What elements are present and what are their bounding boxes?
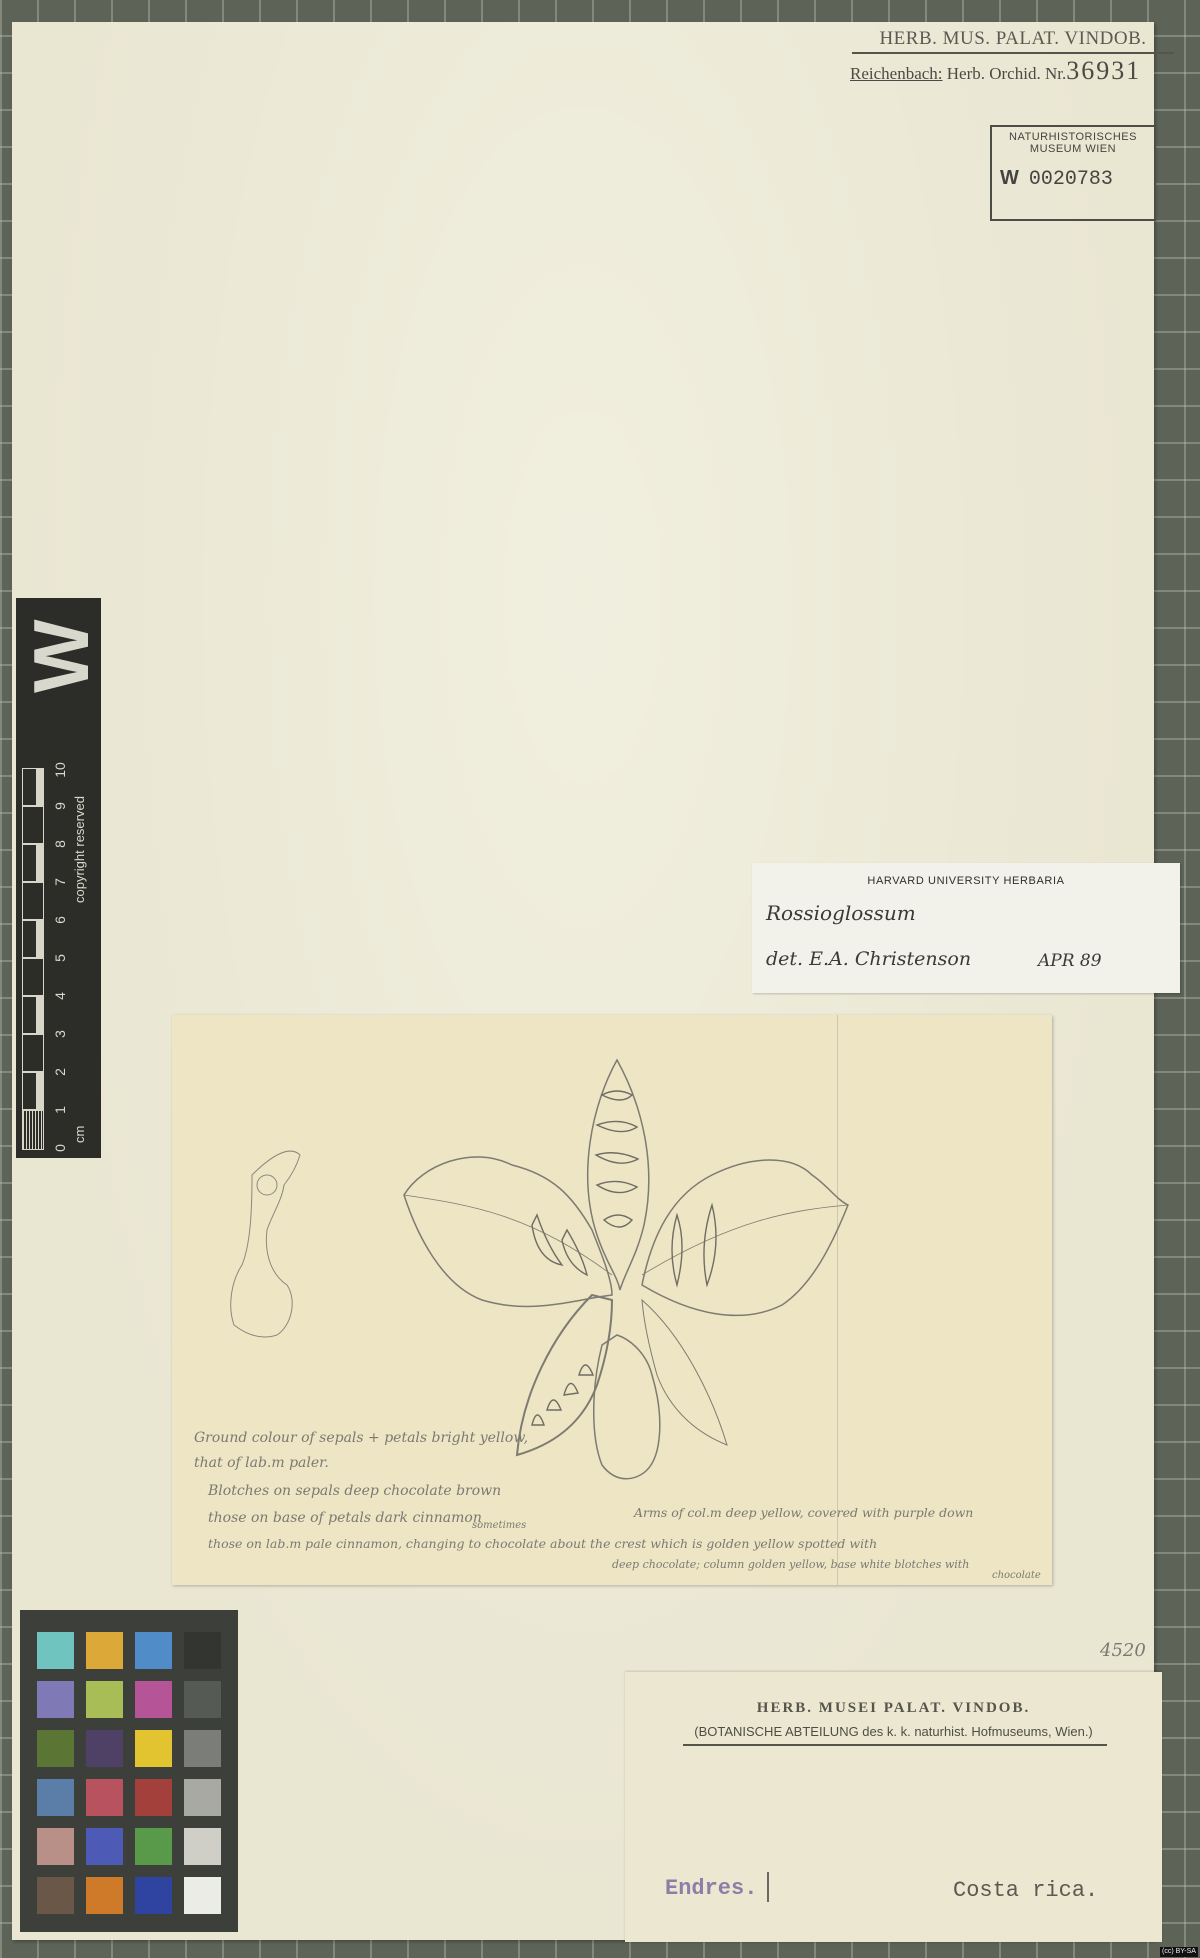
color-patch [37,1681,74,1718]
label-institution: HARVARD UNIVERSITY HERBARIA [752,875,1180,887]
note-line: Ground colour of sepals + petals bright … [194,1430,528,1446]
orchid-flower-sketch [172,1015,1052,1585]
herbarium-header-stamp: HERB. MUS. PALAT. VINDOB. Reichenbach: H… [848,28,1178,86]
museum-label-title: HERB. MUSEI PALAT. VINDOB. [625,1700,1162,1717]
museum-barcode-stamp: NATURHISTORISCHES MUSEUM WIEN W0020783 [990,125,1156,221]
color-patch [135,1681,172,1718]
color-patch [86,1779,123,1816]
color-patch [184,1877,221,1914]
determiner: det. E.A. Christenson [766,948,971,970]
museum-label: HERB. MUSEI PALAT. VINDOB. (BOTANISCHE A… [625,1672,1162,1942]
note-line-right: deep chocolate; column golden yellow, ba… [612,1558,969,1571]
nr-label: Nr. [1045,64,1066,83]
color-patch [135,1779,172,1816]
museum-name-line2: MUSEUM WIEN [992,143,1154,155]
scale-unit: cm [72,883,87,1143]
collection-line: Reichenbach: Herb. Orchid. Nr.36931 [848,56,1178,86]
orchid-drawing-sheet: Ground colour of sepals + petals bright … [172,1015,1052,1585]
color-patch [135,1877,172,1914]
divider [683,1744,1107,1746]
herbarium-title: HERB. MUS. PALAT. VINDOB. [848,28,1178,50]
pencil-accession-number: 4520 [1100,1640,1146,1661]
taxon-name: Rossioglossum [766,901,916,925]
note-line: that of lab.m paler. [194,1455,329,1471]
color-checker-card [20,1610,238,1932]
color-patch [135,1632,172,1669]
divider [852,52,1174,54]
color-patch [86,1681,123,1718]
collection-number: 36931 [1066,56,1141,85]
museum-name-line1: NATURHISTORISCHES [992,131,1154,143]
color-patch [37,1779,74,1816]
color-patch [37,1828,74,1865]
color-patch [184,1779,221,1816]
color-patch [86,1877,123,1914]
barcode-value: 0020783 [1029,168,1113,191]
divider [767,1872,769,1902]
color-patch [86,1730,123,1767]
collection-prefix: Reichenbach: [850,64,943,83]
barcode-prefix: W [1000,167,1019,189]
museum-label-subtitle: (BOTANISCHE ABTEILUNG des k. k. naturhis… [625,1724,1162,1739]
scale-numbers: 0 1 2 3 4 5 6 7 8 9 10 [50,768,70,1158]
color-patch [184,1828,221,1865]
note-line: those on lab.m pale cinnamon, changing t… [208,1536,877,1551]
color-patch [37,1877,74,1914]
note-line: Blotches on sepals deep chocolate brown [208,1483,501,1499]
locality: Costa rica. [953,1878,1098,1903]
scale-bar: W 0 1 2 3 4 5 6 7 8 9 10 cm copyright re… [16,598,101,1158]
color-patch [86,1828,123,1865]
w-logo: W [21,623,101,693]
collection-name: Herb. Orchid. [947,64,1041,83]
note-annotation: sometimes [472,1520,526,1531]
color-patch [184,1681,221,1718]
note-line-right: chocolate [992,1570,1041,1581]
determination-label: HARVARD UNIVERSITY HERBARIA Rossioglossu… [752,863,1180,993]
color-patch [37,1632,74,1669]
color-patch [184,1632,221,1669]
color-patch [135,1828,172,1865]
color-patch [135,1730,172,1767]
determination-date: APR 89 [1038,951,1102,971]
barcode-number: W0020783 [1000,167,1113,191]
note-line: those on base of petals dark cinnamon [208,1510,482,1526]
note-line-right: Arms of col.m deep yellow, covered with … [634,1505,973,1520]
collector-name: Endres. [665,1876,757,1901]
license-badge: (cc) BY-SA [1160,1947,1198,1957]
color-patch [184,1730,221,1767]
color-patch [37,1730,74,1767]
color-patch [86,1632,123,1669]
copyright-text: copyright reserved [72,643,87,903]
scale-ticks [22,768,46,1150]
